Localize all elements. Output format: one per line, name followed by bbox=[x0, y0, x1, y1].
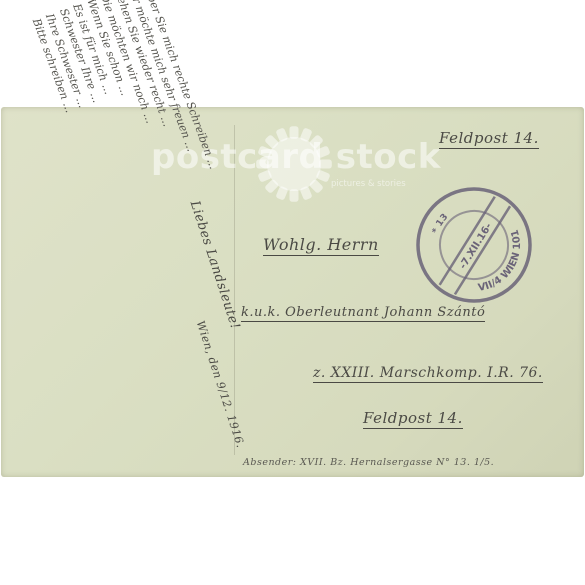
address-unit: z. XXIII. Marschkomp. I.R. 76. bbox=[313, 365, 543, 383]
postcard: postcard stock pictures & stories Lieber… bbox=[1, 107, 584, 477]
postmark: -7.XII.16- * 13 VII/4 WIEN 101 bbox=[391, 162, 556, 327]
watermark-tagline: pictures & stories bbox=[331, 179, 406, 189]
address-route: Feldpost 14. bbox=[363, 409, 463, 429]
message-date: Wien, den 9/12. 1916. bbox=[194, 319, 247, 450]
feldpost-mark: Feldpost 14. bbox=[439, 129, 539, 149]
sender-line: Absender: XVII. Bz. Hernalsergasse N° 13… bbox=[243, 457, 494, 468]
address-rank-name: k.u.k. Oberleutnant Johann Szántó bbox=[241, 305, 485, 322]
message-body: Lieber Sie mich rechte Schreiben ... Wir… bbox=[28, 0, 220, 211]
address-salutation: Wohlg. Herrn bbox=[263, 235, 379, 256]
